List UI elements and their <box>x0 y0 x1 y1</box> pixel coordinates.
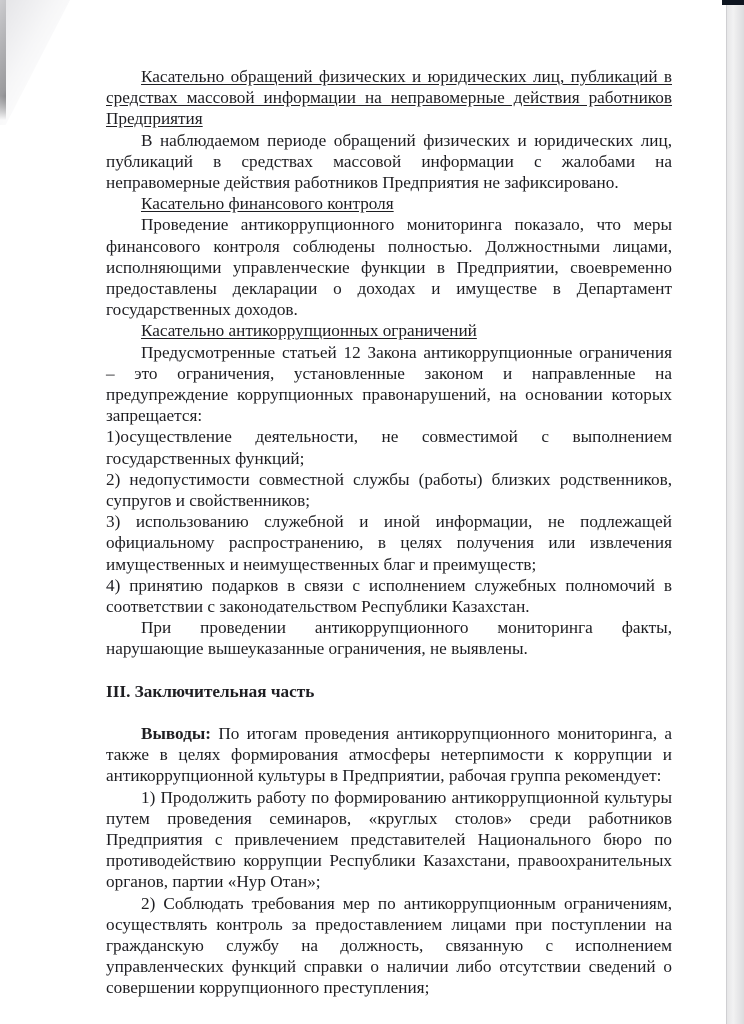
recommendation-item-2: 2) Соблюдать требования мер по антикорру… <box>106 893 672 999</box>
restriction-item-1: 1)осуществление деятельности, не совмест… <box>106 426 672 468</box>
restriction-item-4: 4) принятию подарков в связи с исполнени… <box>106 575 672 617</box>
subheading-appeals: Касательно обращений физических и юридич… <box>106 66 672 130</box>
subheading-restrictions: Касательно антикоррупционных ограничений <box>106 320 672 341</box>
page-curl-shadow <box>0 0 70 125</box>
conclusions-label: Выводы: <box>141 724 211 743</box>
scan-edge-right <box>726 0 744 1024</box>
paragraph-appeals: В наблюдаемом периоде обращений физическ… <box>106 130 672 194</box>
paragraph-restrictions: Предусмотренные статьей 12 Закона антико… <box>106 342 672 427</box>
scan-edge-right-top <box>722 0 744 5</box>
paragraph-conclusions: Выводы: По итогам проведения антикоррупц… <box>106 723 672 787</box>
paragraph-no-violations: При проведении антикоррупционного монито… <box>106 617 672 659</box>
document-page: Касательно обращений физических и юридич… <box>106 66 672 999</box>
subheading-financial-control: Касательно финансового контроля <box>106 193 672 214</box>
scan-edge-right-line <box>726 0 727 1024</box>
section-heading-final-part: III. Заключительная часть <box>106 681 672 702</box>
recommendation-item-1: 1) Продолжить работу по формированию ант… <box>106 787 672 893</box>
restriction-item-3: 3) использованию служебной и иной информ… <box>106 511 672 575</box>
subheading-restrictions-text: Касательно антикоррупционных ограничений <box>141 321 477 340</box>
restriction-item-2: 2) недопустимости совместной службы (раб… <box>106 469 672 511</box>
paragraph-financial-control: Проведение антикоррупционного мониторинг… <box>106 214 672 320</box>
spacer <box>106 702 672 723</box>
subheading-financial-control-text: Касательно финансового контроля <box>141 194 394 213</box>
subheading-appeals-text: Касательно обращений физических и юридич… <box>106 67 672 128</box>
spacer <box>106 660 672 681</box>
